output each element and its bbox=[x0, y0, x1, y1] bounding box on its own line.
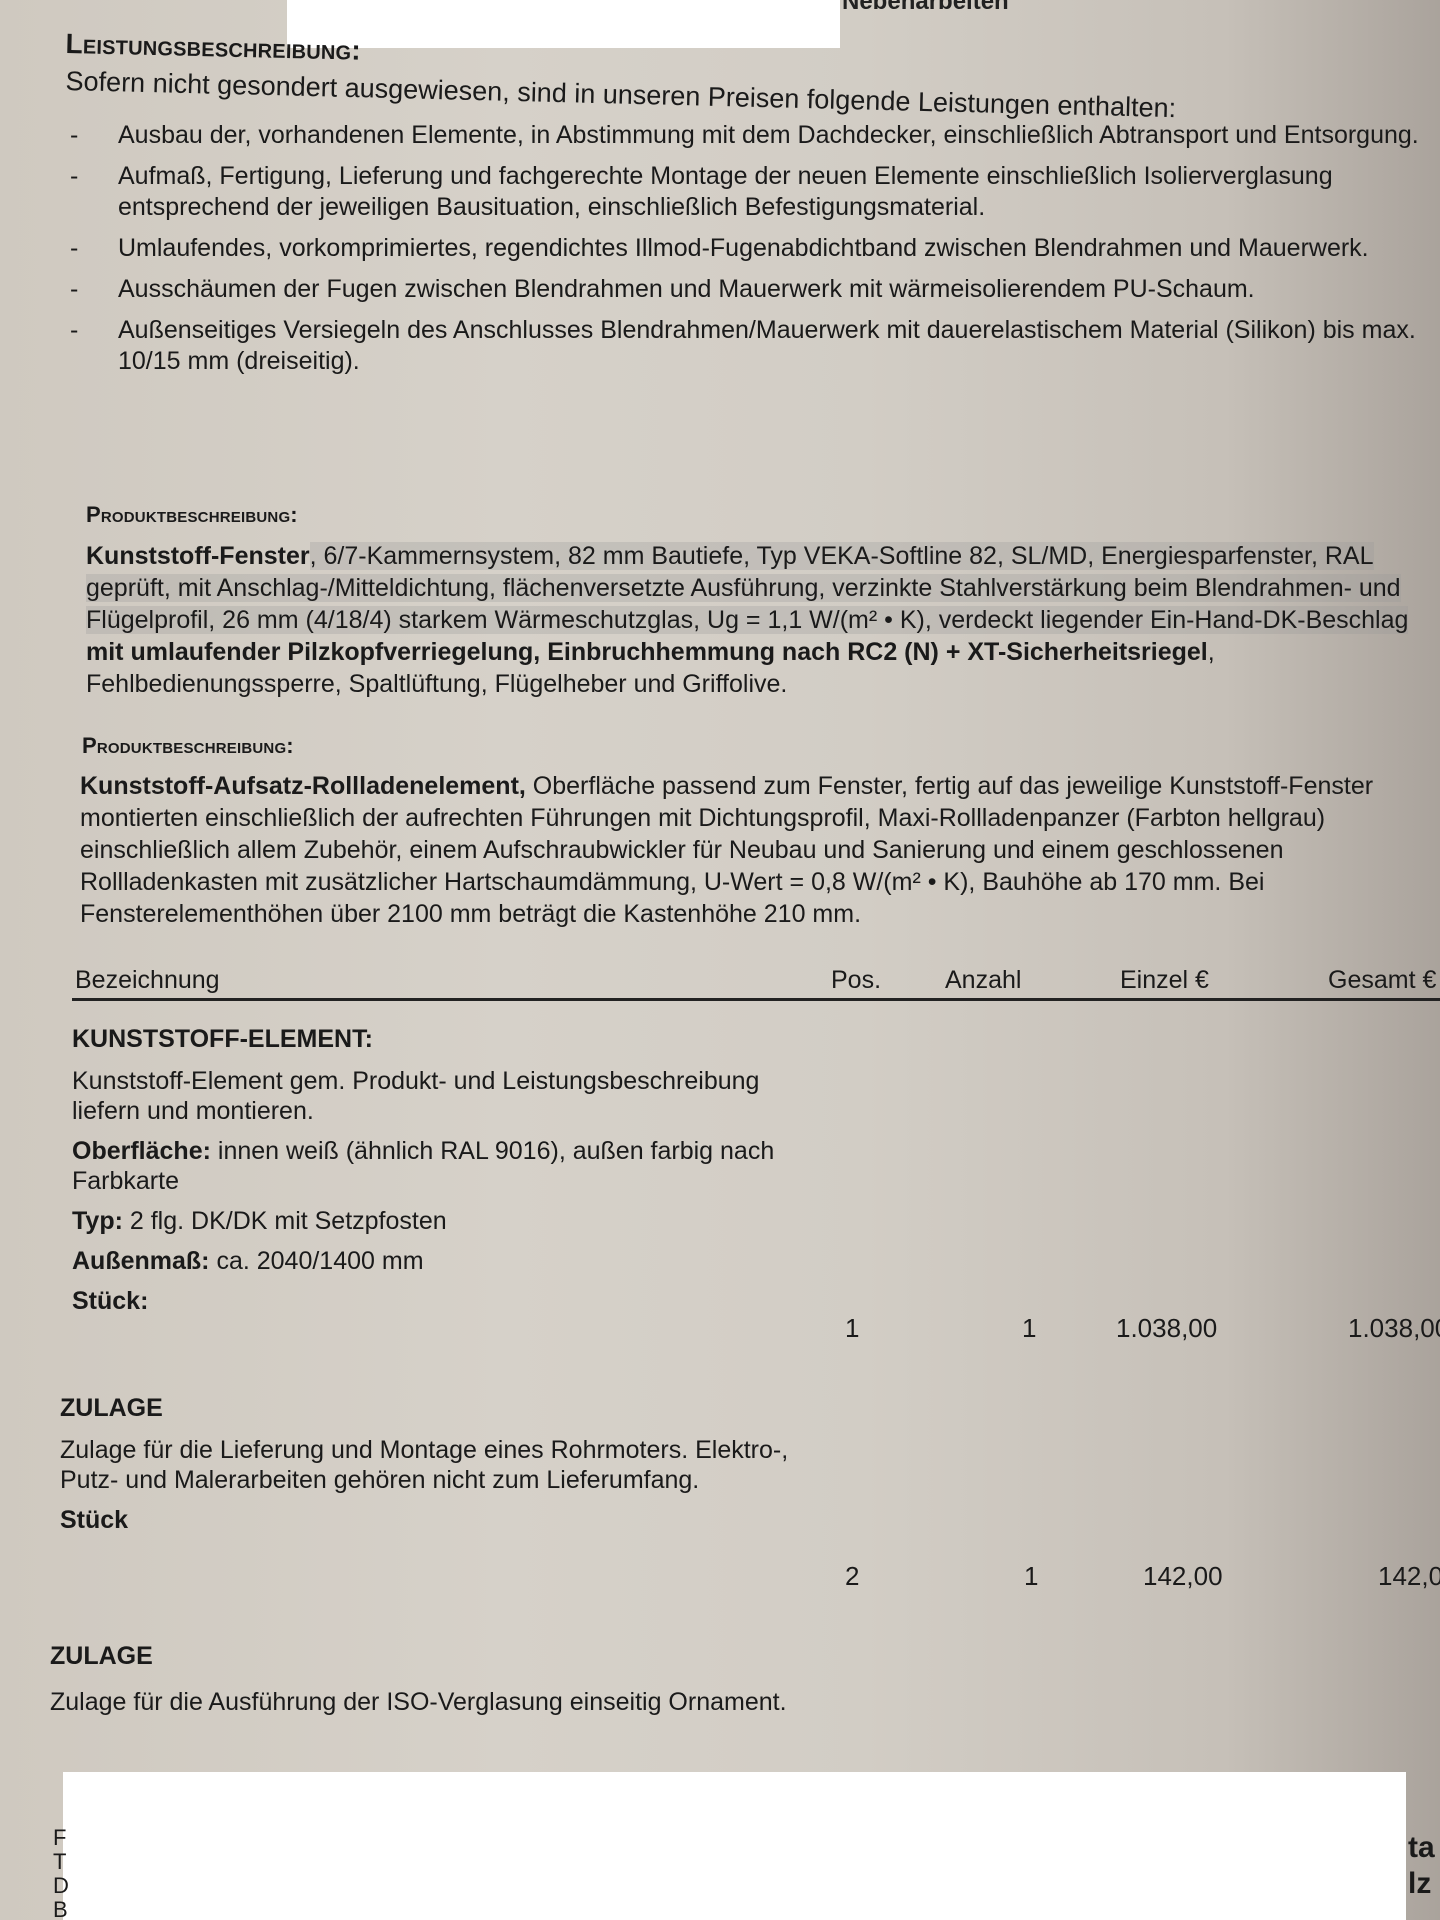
col-gesamt: Gesamt € bbox=[1328, 966, 1436, 995]
item-aussenmass: Außenmaß: ca. 2040/1400 mm bbox=[72, 1246, 812, 1276]
list-item: -Ausbau der, vorhandenen Elemente, in Ab… bbox=[70, 120, 1430, 151]
table-row: ZULAGE Zulage für die Ausführung der ISO… bbox=[50, 1641, 790, 1731]
item-description: Zulage für die Lieferung und Montage ein… bbox=[60, 1435, 800, 1495]
item-title: ZULAGE bbox=[60, 1393, 800, 1423]
table-header: Bezeichnung Pos. Anzahl Einzel € Gesamt … bbox=[72, 962, 1440, 1001]
footer-partial-right: ta lz bbox=[1408, 1830, 1435, 1902]
item-anzahl: 1 bbox=[1024, 1561, 1038, 1592]
produktbeschreibung-rollladen: Kunststoff-Aufsatz-Rollladenelement, Obe… bbox=[80, 770, 1440, 930]
item-unit: Stück: bbox=[72, 1286, 812, 1316]
item-anzahl: 1 bbox=[1022, 1313, 1036, 1344]
table-row: KUNSTSTOFF-ELEMENT: Kunststoff-Element g… bbox=[72, 1024, 812, 1326]
footer-partial-left: F T D B bbox=[53, 1826, 69, 1920]
item-pos: 2 bbox=[845, 1561, 859, 1592]
item-einzel: 142,00 bbox=[1143, 1561, 1223, 1592]
produktbeschreibung-fenster: Kunststoff-Fenster, 6/7-Kammernsystem, 8… bbox=[86, 540, 1440, 700]
list-item: -Ausschäumen der Fugen zwischen Blendrah… bbox=[70, 274, 1430, 305]
redaction-box-bottom bbox=[63, 1772, 1406, 1920]
redaction-box-top bbox=[287, 0, 840, 48]
dash-bullet-icon: - bbox=[70, 315, 78, 346]
item-oberflaeche: Oberfläche: innen weiß (ähnlich RAL 9016… bbox=[72, 1136, 812, 1196]
leistungsbeschreibung-heading: Leistungsbeschreibung: bbox=[65, 28, 361, 67]
item-unit: Stück bbox=[60, 1505, 800, 1535]
col-anzahl: Anzahl bbox=[945, 966, 1021, 995]
header-partial-text: Nebenarbeiten bbox=[842, 0, 1009, 16]
leistungen-list: -Ausbau der, vorhandenen Elemente, in Ab… bbox=[70, 120, 1430, 387]
produktbeschreibung-heading-2: Produktbeschreibung: bbox=[82, 733, 294, 759]
dash-bullet-icon: - bbox=[70, 161, 78, 192]
dash-bullet-icon: - bbox=[70, 233, 78, 264]
dash-bullet-icon: - bbox=[70, 120, 78, 151]
item-pos: 1 bbox=[845, 1313, 859, 1344]
item-gesamt: 142,00 bbox=[1378, 1561, 1440, 1592]
item-gesamt: 1.038,00 bbox=[1348, 1313, 1440, 1344]
table-row: ZULAGE Zulage für die Lieferung und Mont… bbox=[60, 1393, 800, 1545]
item-title: KUNSTSTOFF-ELEMENT: bbox=[72, 1024, 812, 1054]
list-item: -Umlaufendes, vorkomprimiertes, regendic… bbox=[70, 233, 1430, 264]
col-einzel: Einzel € bbox=[1120, 966, 1209, 995]
item-description: Zulage für die Ausführung der ISO-Vergla… bbox=[50, 1683, 790, 1721]
dash-bullet-icon: - bbox=[70, 274, 78, 305]
col-bezeichnung: Bezeichnung bbox=[75, 966, 220, 995]
item-einzel: 1.038,00 bbox=[1116, 1313, 1217, 1344]
item-title: ZULAGE bbox=[50, 1641, 790, 1671]
produktbeschreibung-heading-1: Produktbeschreibung: bbox=[86, 502, 298, 528]
item-description: Kunststoff-Element gem. Produkt- und Lei… bbox=[72, 1066, 812, 1126]
col-pos: Pos. bbox=[831, 966, 881, 995]
list-item: -Außenseitiges Versiegeln des Anschlusse… bbox=[70, 315, 1430, 377]
item-typ: Typ: 2 flg. DK/DK mit Setzpfosten bbox=[72, 1206, 812, 1236]
list-item: -Aufmaß, Fertigung, Lieferung und fachge… bbox=[70, 161, 1430, 223]
